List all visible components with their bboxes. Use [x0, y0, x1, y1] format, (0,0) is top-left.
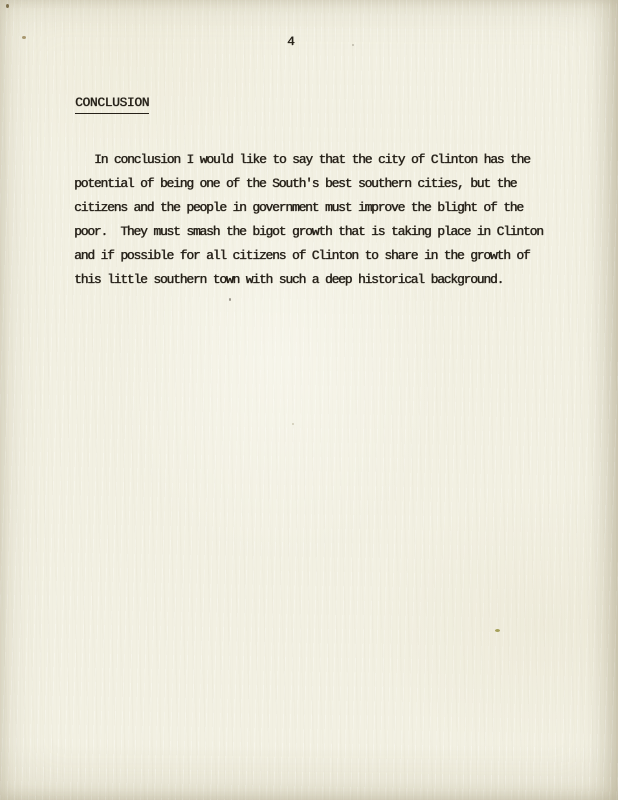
- body-paragraph: In conclusion I would like to say that t…: [74, 148, 564, 292]
- section-heading: CONCLUSION: [75, 95, 149, 114]
- page-number: 4: [287, 33, 294, 50]
- paragraph-line: this little southern town with such a de…: [74, 268, 564, 292]
- paragraph-line: potential of being one of the South's be…: [74, 172, 564, 196]
- paper-speck: [22, 36, 26, 39]
- paragraph-line: citizens and the people in government mu…: [74, 196, 564, 220]
- paragraph-line: poor. They must smash the bigot growth t…: [74, 220, 564, 244]
- paper-speck: [352, 44, 354, 46]
- paragraph-line: and if possible for all citizens of Clin…: [74, 244, 564, 268]
- paragraph-line: In conclusion I would like to say that t…: [74, 148, 564, 172]
- paper-speck: [495, 629, 500, 632]
- paper-edge-shadow: [0, 0, 618, 800]
- paper-speck: [229, 298, 231, 301]
- paper-speck: [292, 423, 294, 425]
- paper-speck: [6, 4, 9, 8]
- scanned-document-page: 4 CONCLUSION In conclusion I would like …: [0, 0, 618, 800]
